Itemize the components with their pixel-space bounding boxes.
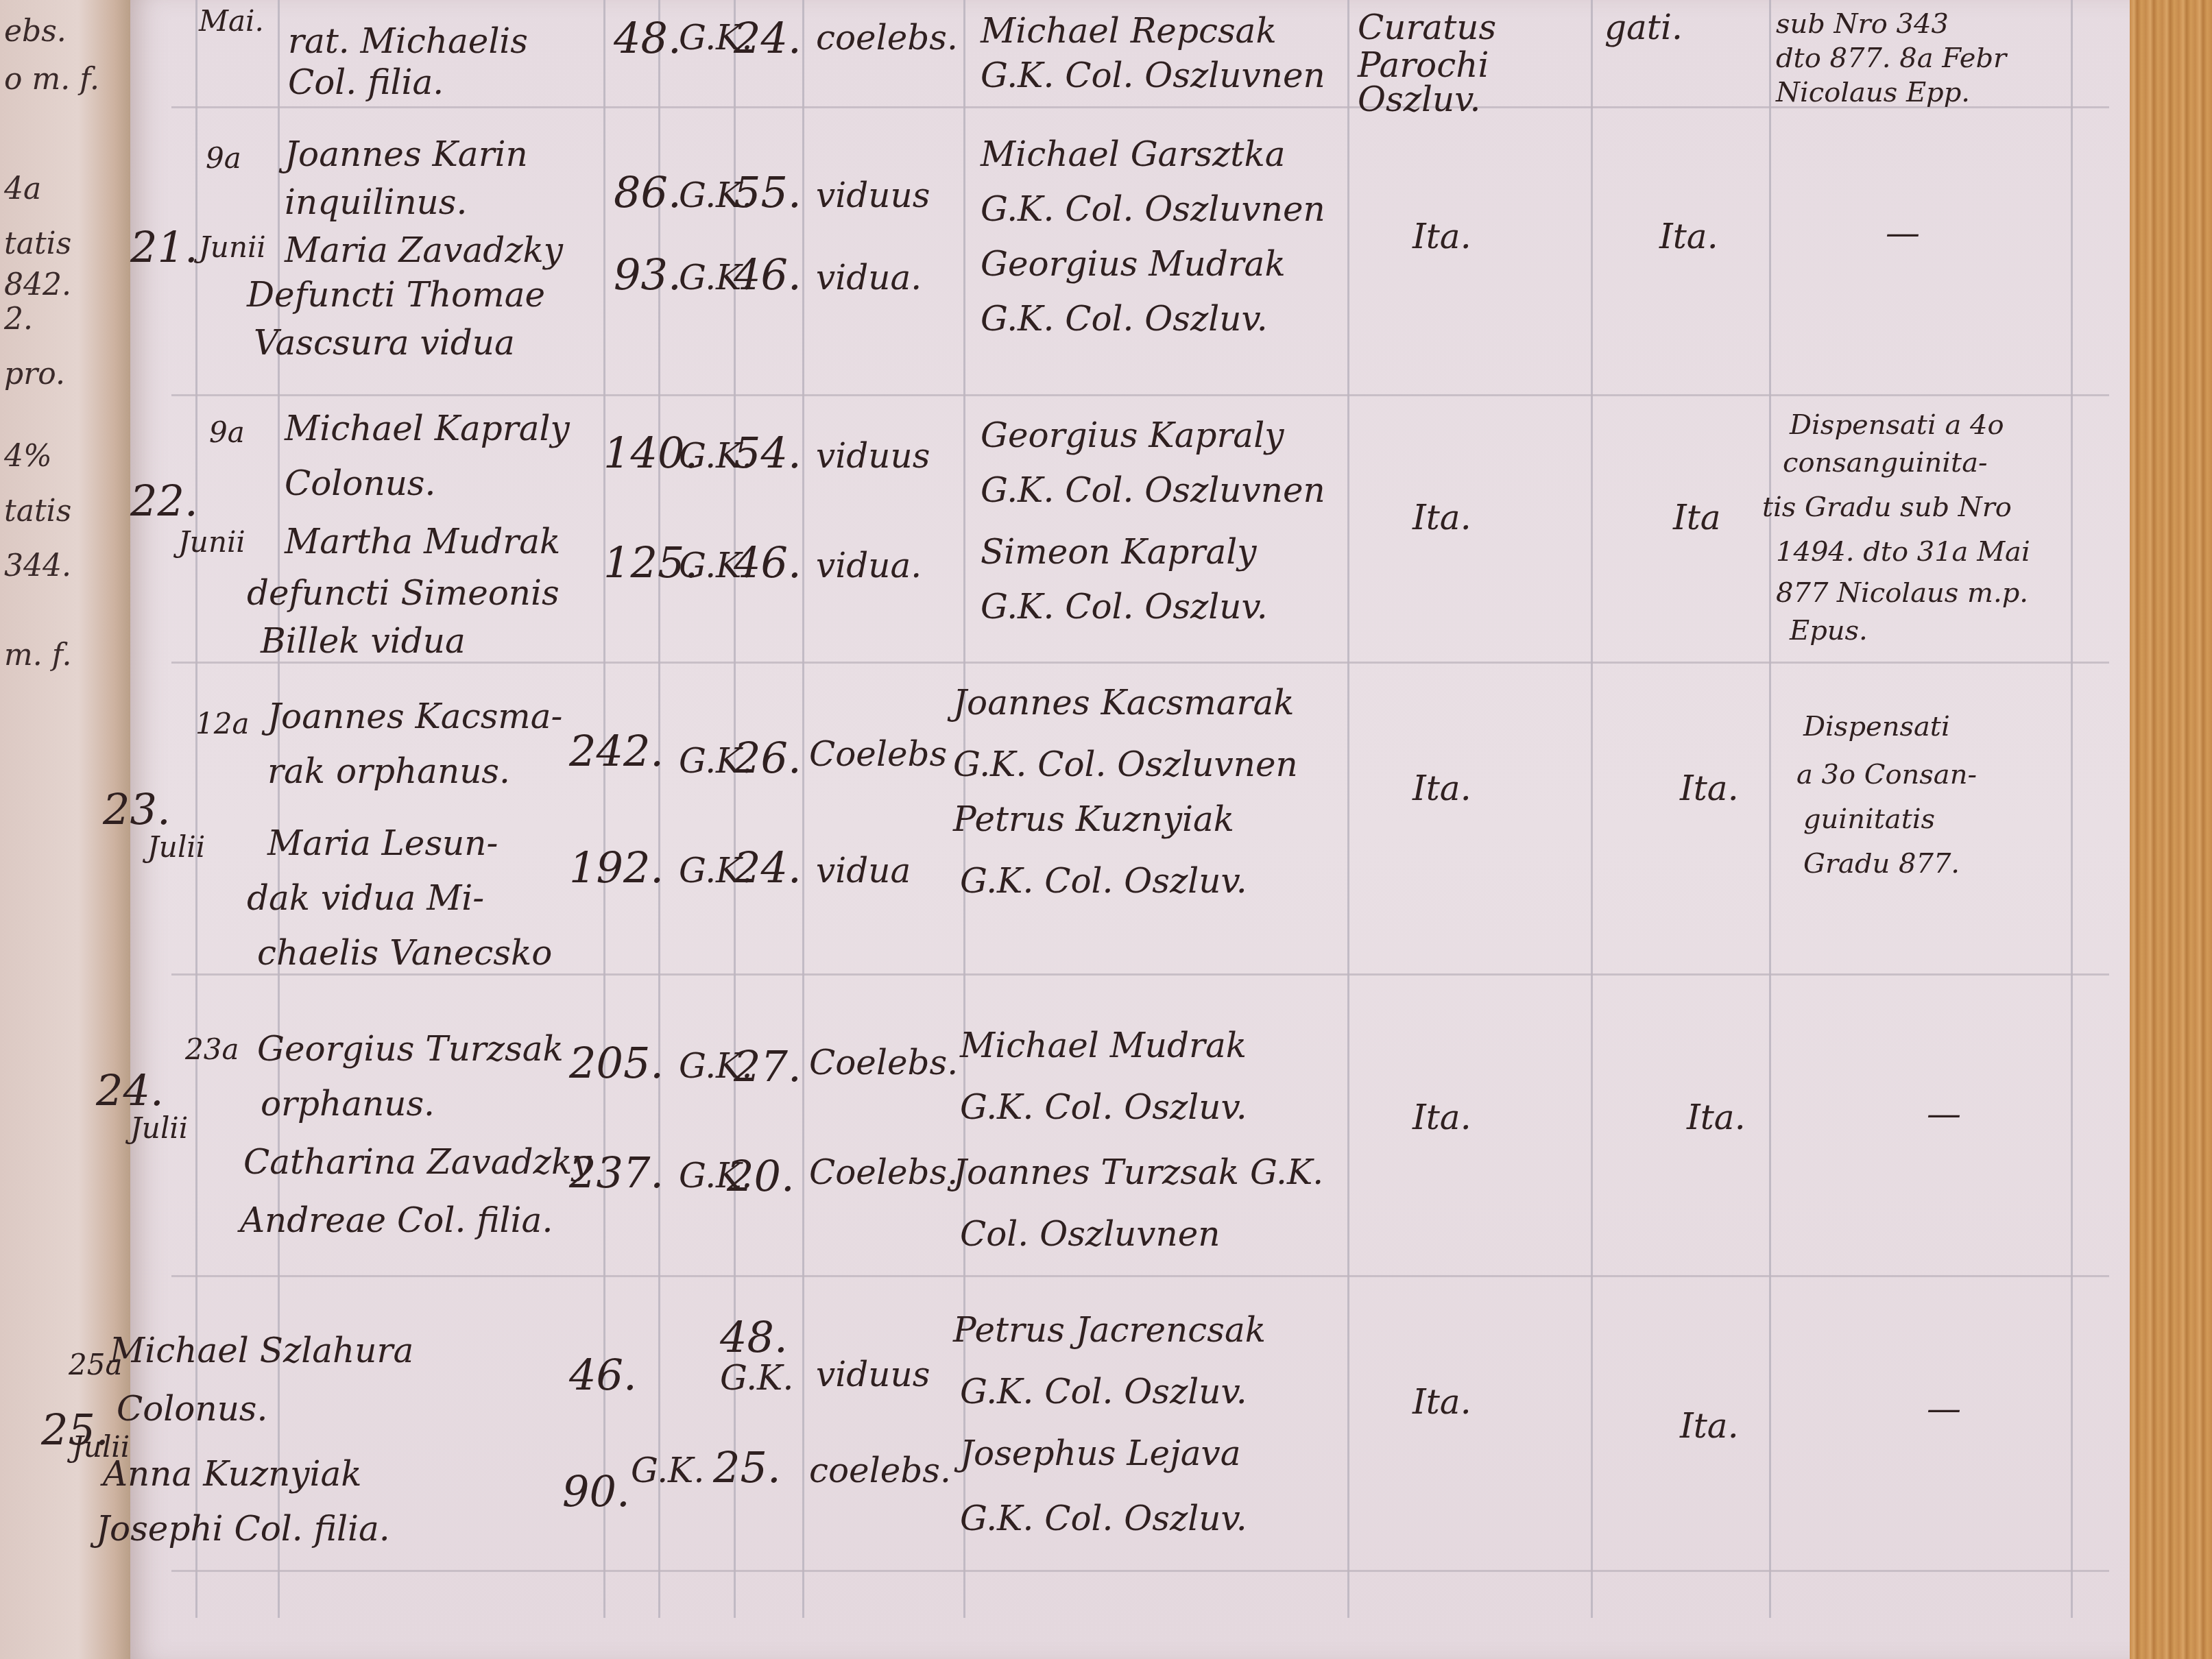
banns-ditto: Ita. bbox=[1680, 771, 1739, 806]
bride-religion: G.K. bbox=[631, 1453, 704, 1488]
witness-residence: Col. Oszluvnen bbox=[960, 1217, 1221, 1251]
witness-name: Joannes Kacsmarak bbox=[953, 686, 1295, 720]
bride-name: Anna Kuznyiak bbox=[103, 1457, 362, 1491]
column-rule bbox=[1347, 0, 1349, 1618]
remark-dash: — bbox=[1886, 216, 1920, 250]
groom-house-number: 86. bbox=[614, 171, 682, 214]
groom-description: inquilinus. bbox=[285, 185, 467, 219]
witness-residence: G.K. Col. Oszluvnen bbox=[981, 473, 1325, 507]
groom-religion: G.K. bbox=[720, 1361, 793, 1395]
bride-description: defuncti Simeonis bbox=[247, 576, 560, 610]
officiant-ditto: Ita. bbox=[1412, 771, 1471, 806]
groom-name: Michael Szlahura bbox=[110, 1333, 413, 1368]
groom-description: rak orphanus. bbox=[267, 754, 510, 788]
groom-name: Georgius Turzsak bbox=[257, 1032, 564, 1066]
witness-line: G.K. Col. Oszluvnen bbox=[981, 58, 1325, 93]
groom-age: 55. bbox=[734, 171, 802, 214]
margin-fragment: 842. bbox=[4, 267, 71, 302]
groom-house-number: 46. bbox=[569, 1354, 637, 1396]
bride-house-number: 90. bbox=[562, 1470, 630, 1513]
entry-month: Julii bbox=[130, 1114, 188, 1143]
margin-fragment: pro. bbox=[4, 356, 65, 391]
witness-residence: G.K. Col. Oszluvnen bbox=[981, 192, 1325, 226]
remark-line: tis Gradu sub Nro bbox=[1762, 494, 2012, 521]
bride-house-number: 237. bbox=[569, 1152, 664, 1194]
groom-age: 27. bbox=[734, 1045, 802, 1088]
margin-fragment: tatis bbox=[4, 494, 71, 529]
witness-residence: G.K. Col. Oszluv. bbox=[981, 590, 1268, 624]
groom-age: 54. bbox=[734, 432, 802, 474]
bride-description: Defuncti Thomae bbox=[247, 278, 545, 312]
day-marker: 9a bbox=[206, 144, 241, 173]
day-marker: 9a bbox=[209, 418, 245, 447]
witness-name: Georgius Kapraly bbox=[981, 418, 1284, 452]
witness-residence: G.K. Col. Oszluvnen bbox=[953, 747, 1298, 782]
row-rule bbox=[171, 1275, 2109, 1277]
column-rule bbox=[1591, 0, 1593, 1618]
remark-line: dto 877. 8a Febr bbox=[1776, 45, 2006, 72]
bride-description: dak vidua Mi- bbox=[247, 881, 484, 915]
witness-residence: G.K. Col. Oszluv. bbox=[960, 1501, 1247, 1536]
bride-age: 24. bbox=[734, 17, 802, 60]
margin-fragment: tatis bbox=[4, 226, 71, 261]
bride-name: Catharina Zavadzky bbox=[243, 1145, 591, 1179]
witness-name: Simeon Kapraly bbox=[981, 535, 1257, 569]
bride-status: vidua. bbox=[816, 548, 922, 583]
groom-status: viduus bbox=[816, 178, 930, 213]
remark-line: sub Nro 343 bbox=[1776, 10, 1949, 38]
remark-dash: — bbox=[1927, 1097, 1961, 1131]
groom-name: Michael Kapraly bbox=[285, 411, 570, 446]
officiant-ditto: Ita. bbox=[1412, 500, 1471, 535]
banns-ditto: Ita. bbox=[1687, 1100, 1746, 1135]
witness-name: Georgius Mudrak bbox=[981, 247, 1286, 281]
remark-dash: — bbox=[1927, 1392, 1961, 1426]
bride-name: Martha Mudrak bbox=[285, 524, 560, 559]
witness-name: Petrus Kuznyiak bbox=[953, 802, 1234, 836]
remark-line: guinitatis bbox=[1803, 806, 1935, 833]
remark-line: 877 Nicolaus m.p. bbox=[1776, 579, 2028, 607]
entry-number: 22. bbox=[130, 480, 198, 522]
groom-description: Colonus. bbox=[285, 466, 435, 500]
row-rule bbox=[171, 662, 2109, 664]
remark-line: Nicolaus Epp. bbox=[1776, 79, 1970, 106]
margin-fragment: o m. f. bbox=[4, 62, 99, 97]
margin-fragment: 4a bbox=[4, 171, 41, 206]
witness-line: Michael Repcsak bbox=[981, 14, 1277, 48]
witness-name: Joannes Turzsak G.K. bbox=[953, 1155, 1323, 1189]
column-rule bbox=[802, 0, 804, 1618]
bride-age: 25. bbox=[713, 1446, 781, 1489]
bride-line: Col. filia. bbox=[288, 65, 444, 99]
entry-month: Julii bbox=[147, 833, 205, 862]
remark-line: Dispensati bbox=[1803, 713, 1950, 740]
entry-month: Junii bbox=[178, 528, 245, 557]
margin-fragment: 344. bbox=[4, 548, 71, 583]
groom-status: viduus bbox=[816, 1357, 930, 1392]
groom-house-number: 205. bbox=[569, 1042, 664, 1085]
bride-name: Maria Zavadzky bbox=[285, 233, 563, 267]
remark-line: 1494. dto 31a Mai bbox=[1776, 538, 2030, 566]
bride-status: coelebs. bbox=[816, 21, 958, 55]
bride-status: Coelebs. bbox=[809, 1155, 958, 1189]
bride-age: 46. bbox=[734, 542, 802, 584]
bride-status: coelebs. bbox=[809, 1453, 951, 1488]
bride-line: rat. Michaelis bbox=[288, 24, 528, 58]
banns-ditto: Ita bbox=[1673, 500, 1721, 535]
bride-status: vidua. bbox=[816, 261, 922, 295]
row-rule bbox=[171, 973, 2109, 976]
groom-status: Coelebs. bbox=[809, 1045, 958, 1080]
day-marker: 12a bbox=[195, 710, 249, 738]
bride-description: Josephi Col. filia. bbox=[96, 1512, 390, 1546]
witness-name: Petrus Jacrencsak bbox=[953, 1313, 1266, 1347]
groom-status: Coelebs bbox=[809, 737, 947, 771]
officiant-ditto: Ita. bbox=[1412, 1385, 1471, 1419]
banns-ditto: Ita. bbox=[1659, 219, 1718, 254]
groom-description: Colonus. bbox=[117, 1392, 267, 1426]
remark-line: consanguinita- bbox=[1783, 449, 1988, 476]
witness-name: Josephus Lejava bbox=[960, 1436, 1241, 1470]
groom-name: Joannes Karin bbox=[285, 137, 528, 171]
officiant-line: Curatus bbox=[1358, 10, 1496, 45]
column-rule bbox=[2071, 0, 2073, 1618]
witness-residence: G.K. Col. Oszluv. bbox=[960, 1090, 1247, 1124]
entry-number: 24. bbox=[96, 1069, 164, 1112]
remark-line: Epus. bbox=[1790, 617, 1868, 644]
entry-month: Junii bbox=[199, 233, 266, 262]
groom-house-number: 242. bbox=[569, 730, 664, 773]
bride-house-number: 93. bbox=[614, 254, 682, 296]
witness-residence: G.K. Col. Oszluv. bbox=[960, 864, 1247, 898]
groom-status: viduus bbox=[816, 439, 930, 473]
officiant-line: Oszluv. bbox=[1358, 82, 1480, 117]
witness-residence: G.K. Col. Oszluv. bbox=[981, 302, 1268, 336]
bride-house-number: 192. bbox=[569, 847, 664, 889]
column-rule bbox=[658, 0, 660, 1618]
day-marker: 23a bbox=[185, 1035, 239, 1064]
remark-line: a 3o Consan- bbox=[1796, 761, 1977, 788]
row-rule bbox=[171, 394, 2109, 396]
column-rule bbox=[278, 0, 280, 1618]
witness-residence: G.K. Col. Oszluv. bbox=[960, 1375, 1247, 1409]
groom-age: 26. bbox=[734, 737, 802, 779]
bride-status: vidua bbox=[816, 853, 911, 888]
wooden-table-edge bbox=[2130, 0, 2212, 1659]
entry-number: 21. bbox=[130, 226, 198, 269]
entry-number: 23. bbox=[103, 788, 171, 831]
bride-house-number: 48. bbox=[614, 17, 682, 60]
remark-line: Gradu 877. bbox=[1803, 850, 1960, 877]
remark-line: Dispensati a 4o bbox=[1790, 411, 2004, 439]
groom-description: orphanus. bbox=[261, 1087, 435, 1121]
groom-age: 48. bbox=[720, 1316, 788, 1359]
column-rule bbox=[1769, 0, 1771, 1618]
margin-fragment: 4% bbox=[4, 439, 52, 474]
bride-name: Maria Lesun- bbox=[267, 826, 498, 860]
margin-fragment: m. f. bbox=[4, 638, 71, 673]
row-rule bbox=[171, 1570, 2109, 1572]
officiant-ditto: Ita. bbox=[1412, 219, 1471, 254]
margin-fragment: ebs. bbox=[4, 14, 67, 49]
officiant-ditto: Ita. bbox=[1412, 1100, 1471, 1135]
bride-description: Billek vidua bbox=[261, 624, 466, 658]
bride-age: 24. bbox=[734, 847, 802, 889]
bride-description: Andreae Col. filia. bbox=[240, 1203, 553, 1237]
witness-name: Michael Mudrak bbox=[960, 1028, 1247, 1063]
banns-ditto: Ita. bbox=[1680, 1409, 1739, 1443]
register-page: Mai. rat. Michaelis Col. filia. 48. G.K.… bbox=[130, 0, 2130, 1659]
bride-description: Vascsura vidua bbox=[254, 326, 515, 360]
witness-name: Michael Garsztka bbox=[981, 137, 1286, 171]
bride-description: chaelis Vanecsko bbox=[257, 936, 552, 970]
entry-month: Mai. bbox=[199, 7, 264, 36]
banns-note: gati. bbox=[1604, 10, 1683, 45]
officiant-line: Parochi bbox=[1358, 48, 1489, 82]
bride-age: 46. bbox=[734, 254, 802, 296]
margin-fragment: 2. bbox=[4, 302, 33, 337]
bride-age: 20. bbox=[727, 1155, 795, 1198]
groom-name: Joannes Kacsma- bbox=[267, 699, 562, 734]
